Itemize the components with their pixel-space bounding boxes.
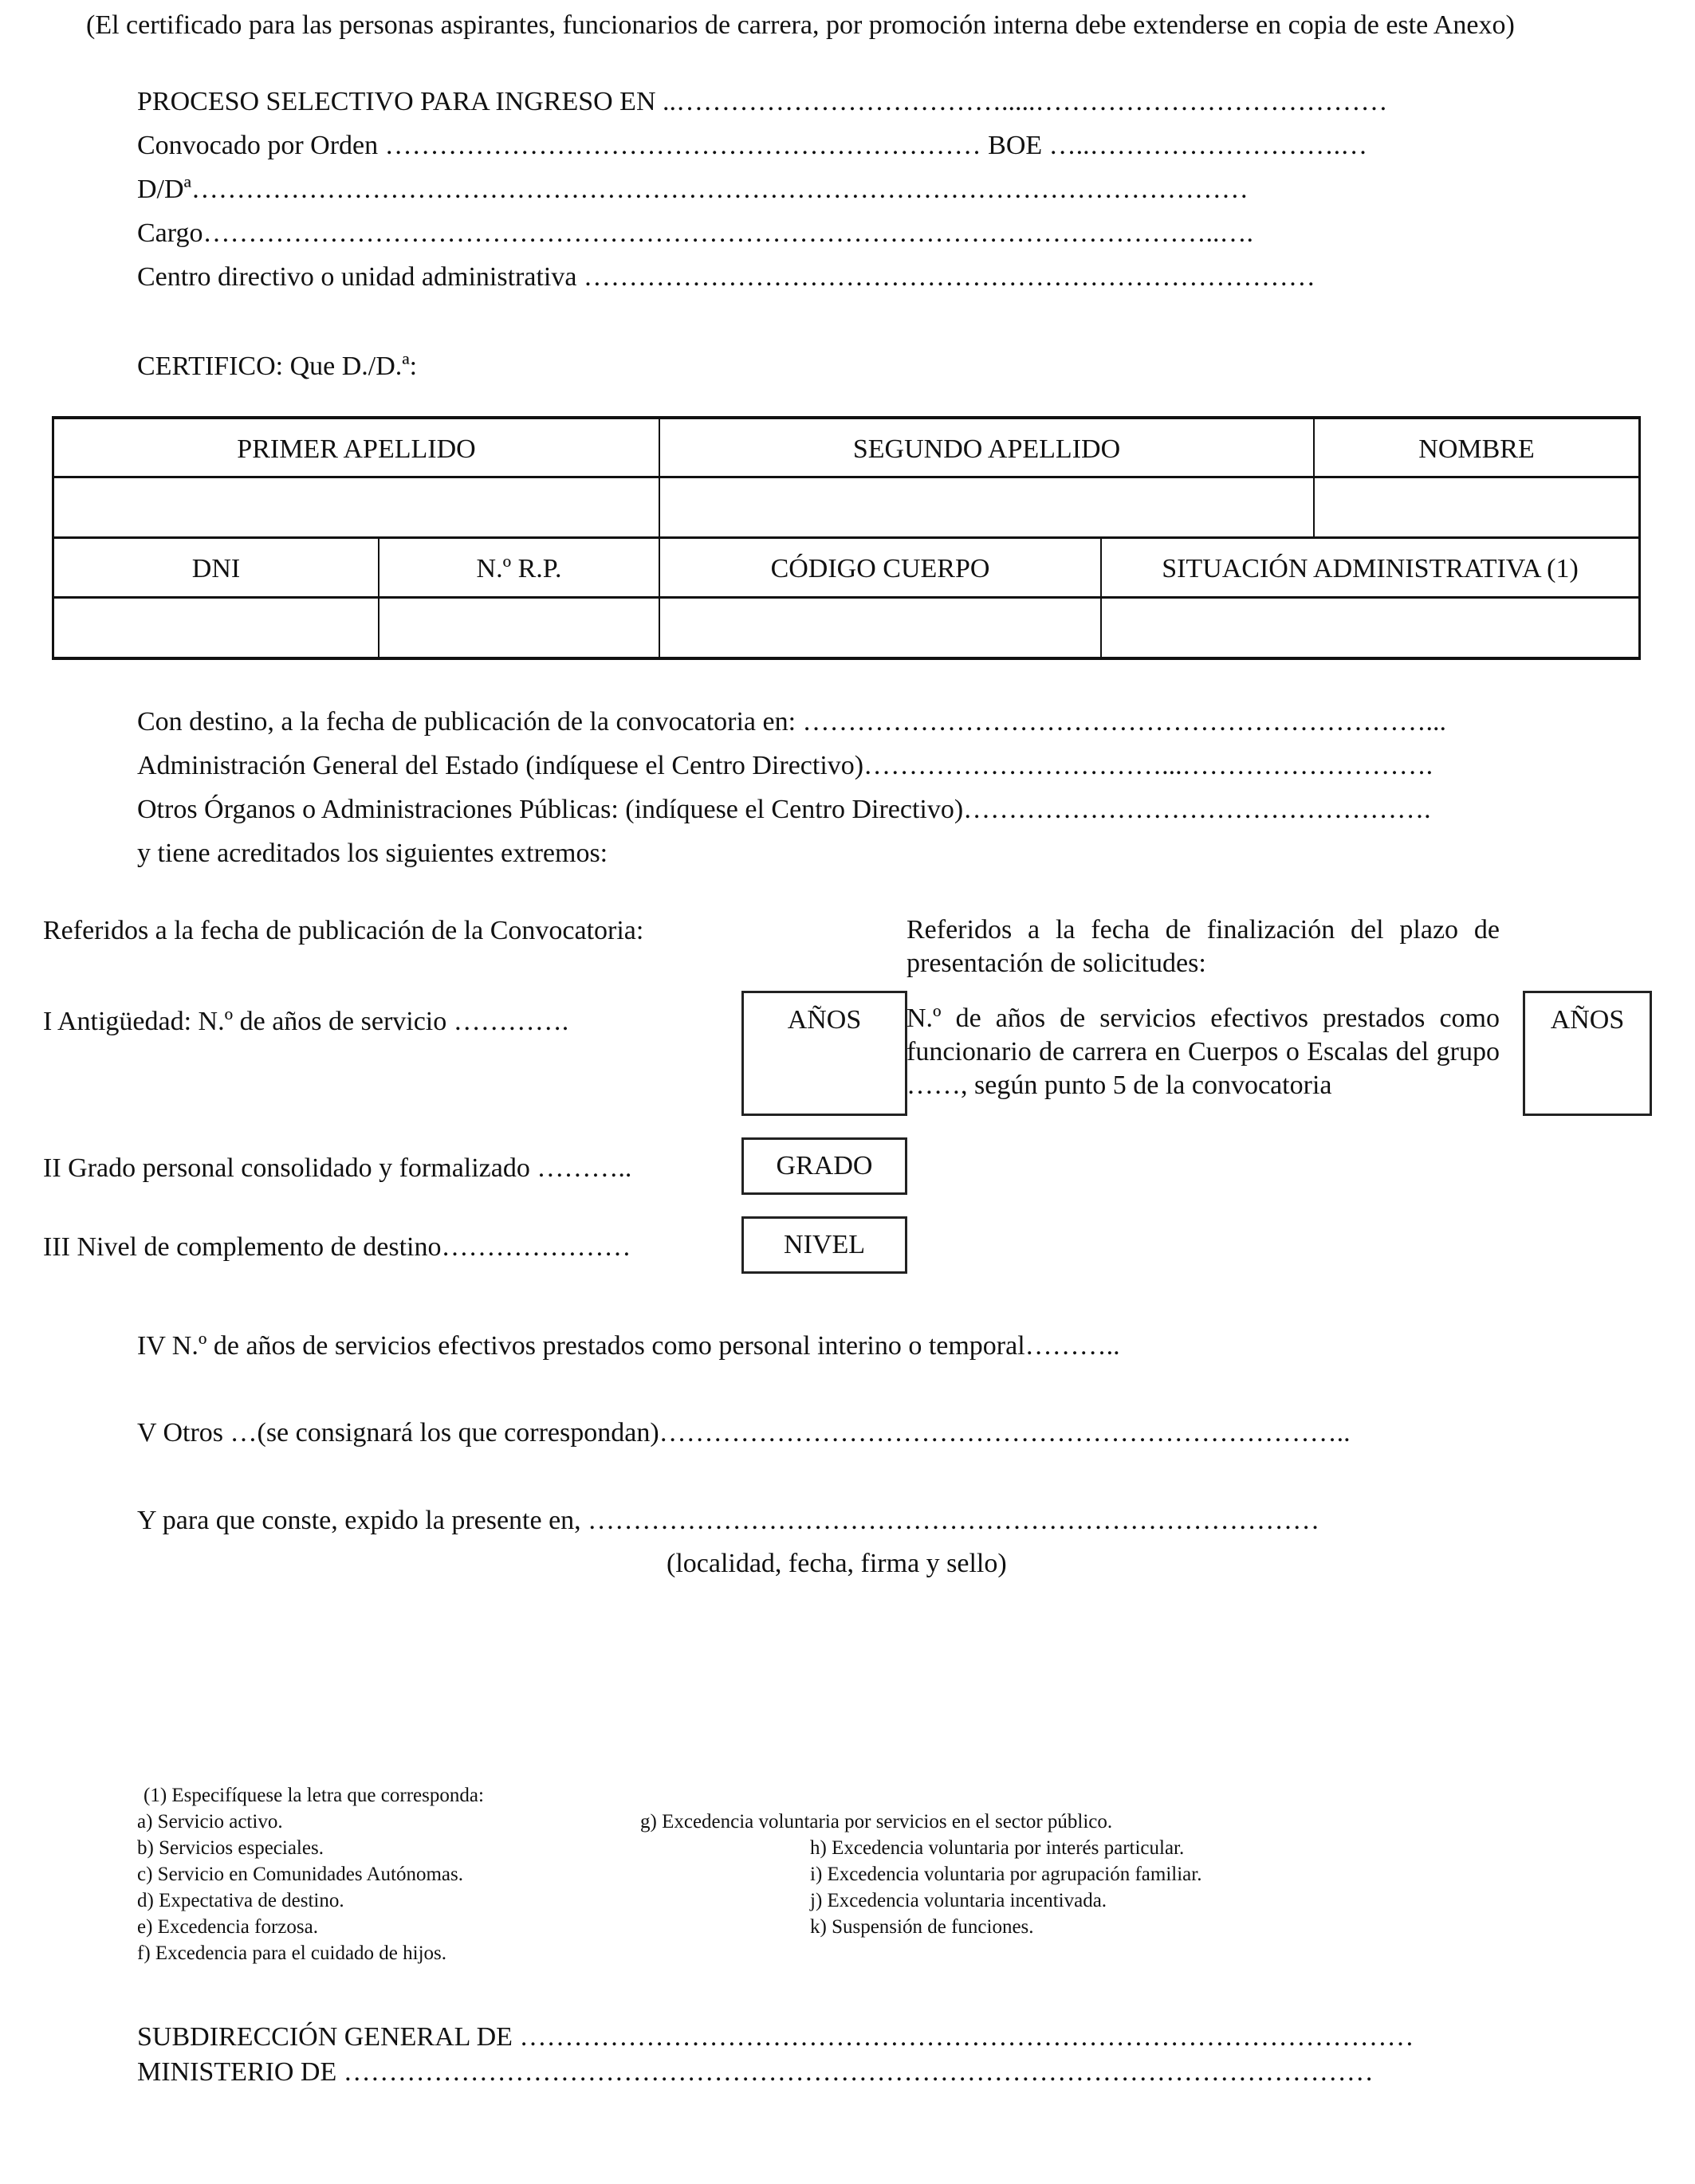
header-codigo-cuerpo: CÓDIGO CUERPO (660, 553, 1100, 585)
field-proceso-selectivo[interactable]: PROCESO SELECTIVO PARA INGRESO EN ..…………… (137, 86, 1388, 118)
footnote-item: c) Servicio en Comunidades Autónomas. (137, 1861, 463, 1887)
footnote-item: b) Servicios especiales. (137, 1835, 324, 1861)
acreditados-label: y tiene acreditados los siguientes extre… (137, 838, 608, 870)
right-years-label: N.º de años de servicios efectivos prest… (906, 1002, 1500, 1102)
field-convocado-orden[interactable]: Convocado por Orden ……………………………………………………… (137, 130, 1367, 162)
destino-otros-organos[interactable]: Otros Órganos o Administraciones Pública… (137, 794, 1431, 826)
antiguedad-box-label: AÑOS (744, 993, 905, 1036)
expido-field[interactable]: Y para que conste, expido la presente en… (137, 1505, 1319, 1537)
field-centro-directivo[interactable]: Centro directivo o unidad administrativa… (137, 261, 1315, 293)
header-situacion-administrativa: SITUACIÓN ADMINISTRATIVA (1) (1102, 553, 1638, 585)
footnote-item: g) Excedencia voluntaria por servicios e… (640, 1809, 1112, 1835)
otros-field[interactable]: V Otros …(se consignará los que correspo… (137, 1417, 1351, 1449)
header-dni: DNI (54, 553, 378, 585)
interino-field[interactable]: IV N.º de años de servicios efectivos pr… (137, 1330, 1120, 1362)
header-note: (El certificado para las personas aspira… (86, 10, 1515, 41)
destino-convocatoria[interactable]: Con destino, a la fecha de publicación d… (137, 706, 1446, 738)
antiguedad-label: I Antigüedad: N.º de años de servicio ……… (43, 1006, 568, 1038)
grado-label: II Grado personal consolidado y formaliz… (43, 1153, 631, 1184)
destino-age[interactable]: Administración General del Estado (indíq… (137, 750, 1433, 782)
certifico-label: CERTIFICO: Que D./D.ª: (137, 351, 417, 383)
nivel-box[interactable]: NIVEL (741, 1216, 907, 1274)
footnote-item: k) Suspensión de funciones. (810, 1914, 1034, 1940)
nivel-box-label: NIVEL (744, 1219, 905, 1261)
right-heading: Referidos a la fecha de finalización del… (906, 913, 1500, 980)
right-years-box[interactable]: AÑOS (1523, 991, 1652, 1116)
footnote-item: e) Excedencia forzosa. (137, 1914, 318, 1940)
footnote-title: (1) Especifíquese la letra que correspon… (144, 1782, 484, 1809)
header-primer-apellido: PRIMER APELLIDO (54, 434, 659, 465)
field-cargo[interactable]: Cargo……………………………………………………………………………………………… (137, 218, 1253, 249)
right-years-box-label: AÑOS (1525, 993, 1650, 1036)
firma-note: (localidad, fecha, firma y sello) (667, 1548, 1007, 1580)
header-nrp: N.º R.P. (380, 553, 659, 585)
grado-box-label: GRADO (744, 1140, 905, 1182)
footnote-item: a) Servicio activo. (137, 1809, 283, 1835)
footnote-item: h) Excedencia voluntaria por interés par… (810, 1835, 1184, 1861)
footnote-item: i) Excedencia voluntaria por agrupación … (810, 1861, 1201, 1887)
footnote-item: f) Excedencia para el cuidado de hijos. (137, 1940, 446, 1966)
header-nombre: NOMBRE (1315, 434, 1638, 465)
ministerio-field[interactable]: MINISTERIO DE ……………………………………………………………………… (137, 2056, 1374, 2088)
grado-box[interactable]: GRADO (741, 1137, 907, 1195)
header-segundo-apellido: SEGUNDO APELLIDO (660, 434, 1313, 465)
antiguedad-years-box[interactable]: AÑOS (741, 991, 907, 1116)
nivel-label: III Nivel de complemento de destino……………… (43, 1231, 631, 1263)
footnote-item: j) Excedencia voluntaria incentivada. (810, 1887, 1107, 1914)
left-heading: Referidos a la fecha de publicación de l… (43, 915, 643, 947)
field-nombre-dda[interactable]: D/Dª………………………………………………………………………………………………… (137, 174, 1249, 206)
subdireccion-field[interactable]: SUBDIRECCIÓN GENERAL DE …………………………………………… (137, 2021, 1414, 2053)
footnote-item: d) Expectativa de destino. (137, 1887, 344, 1914)
